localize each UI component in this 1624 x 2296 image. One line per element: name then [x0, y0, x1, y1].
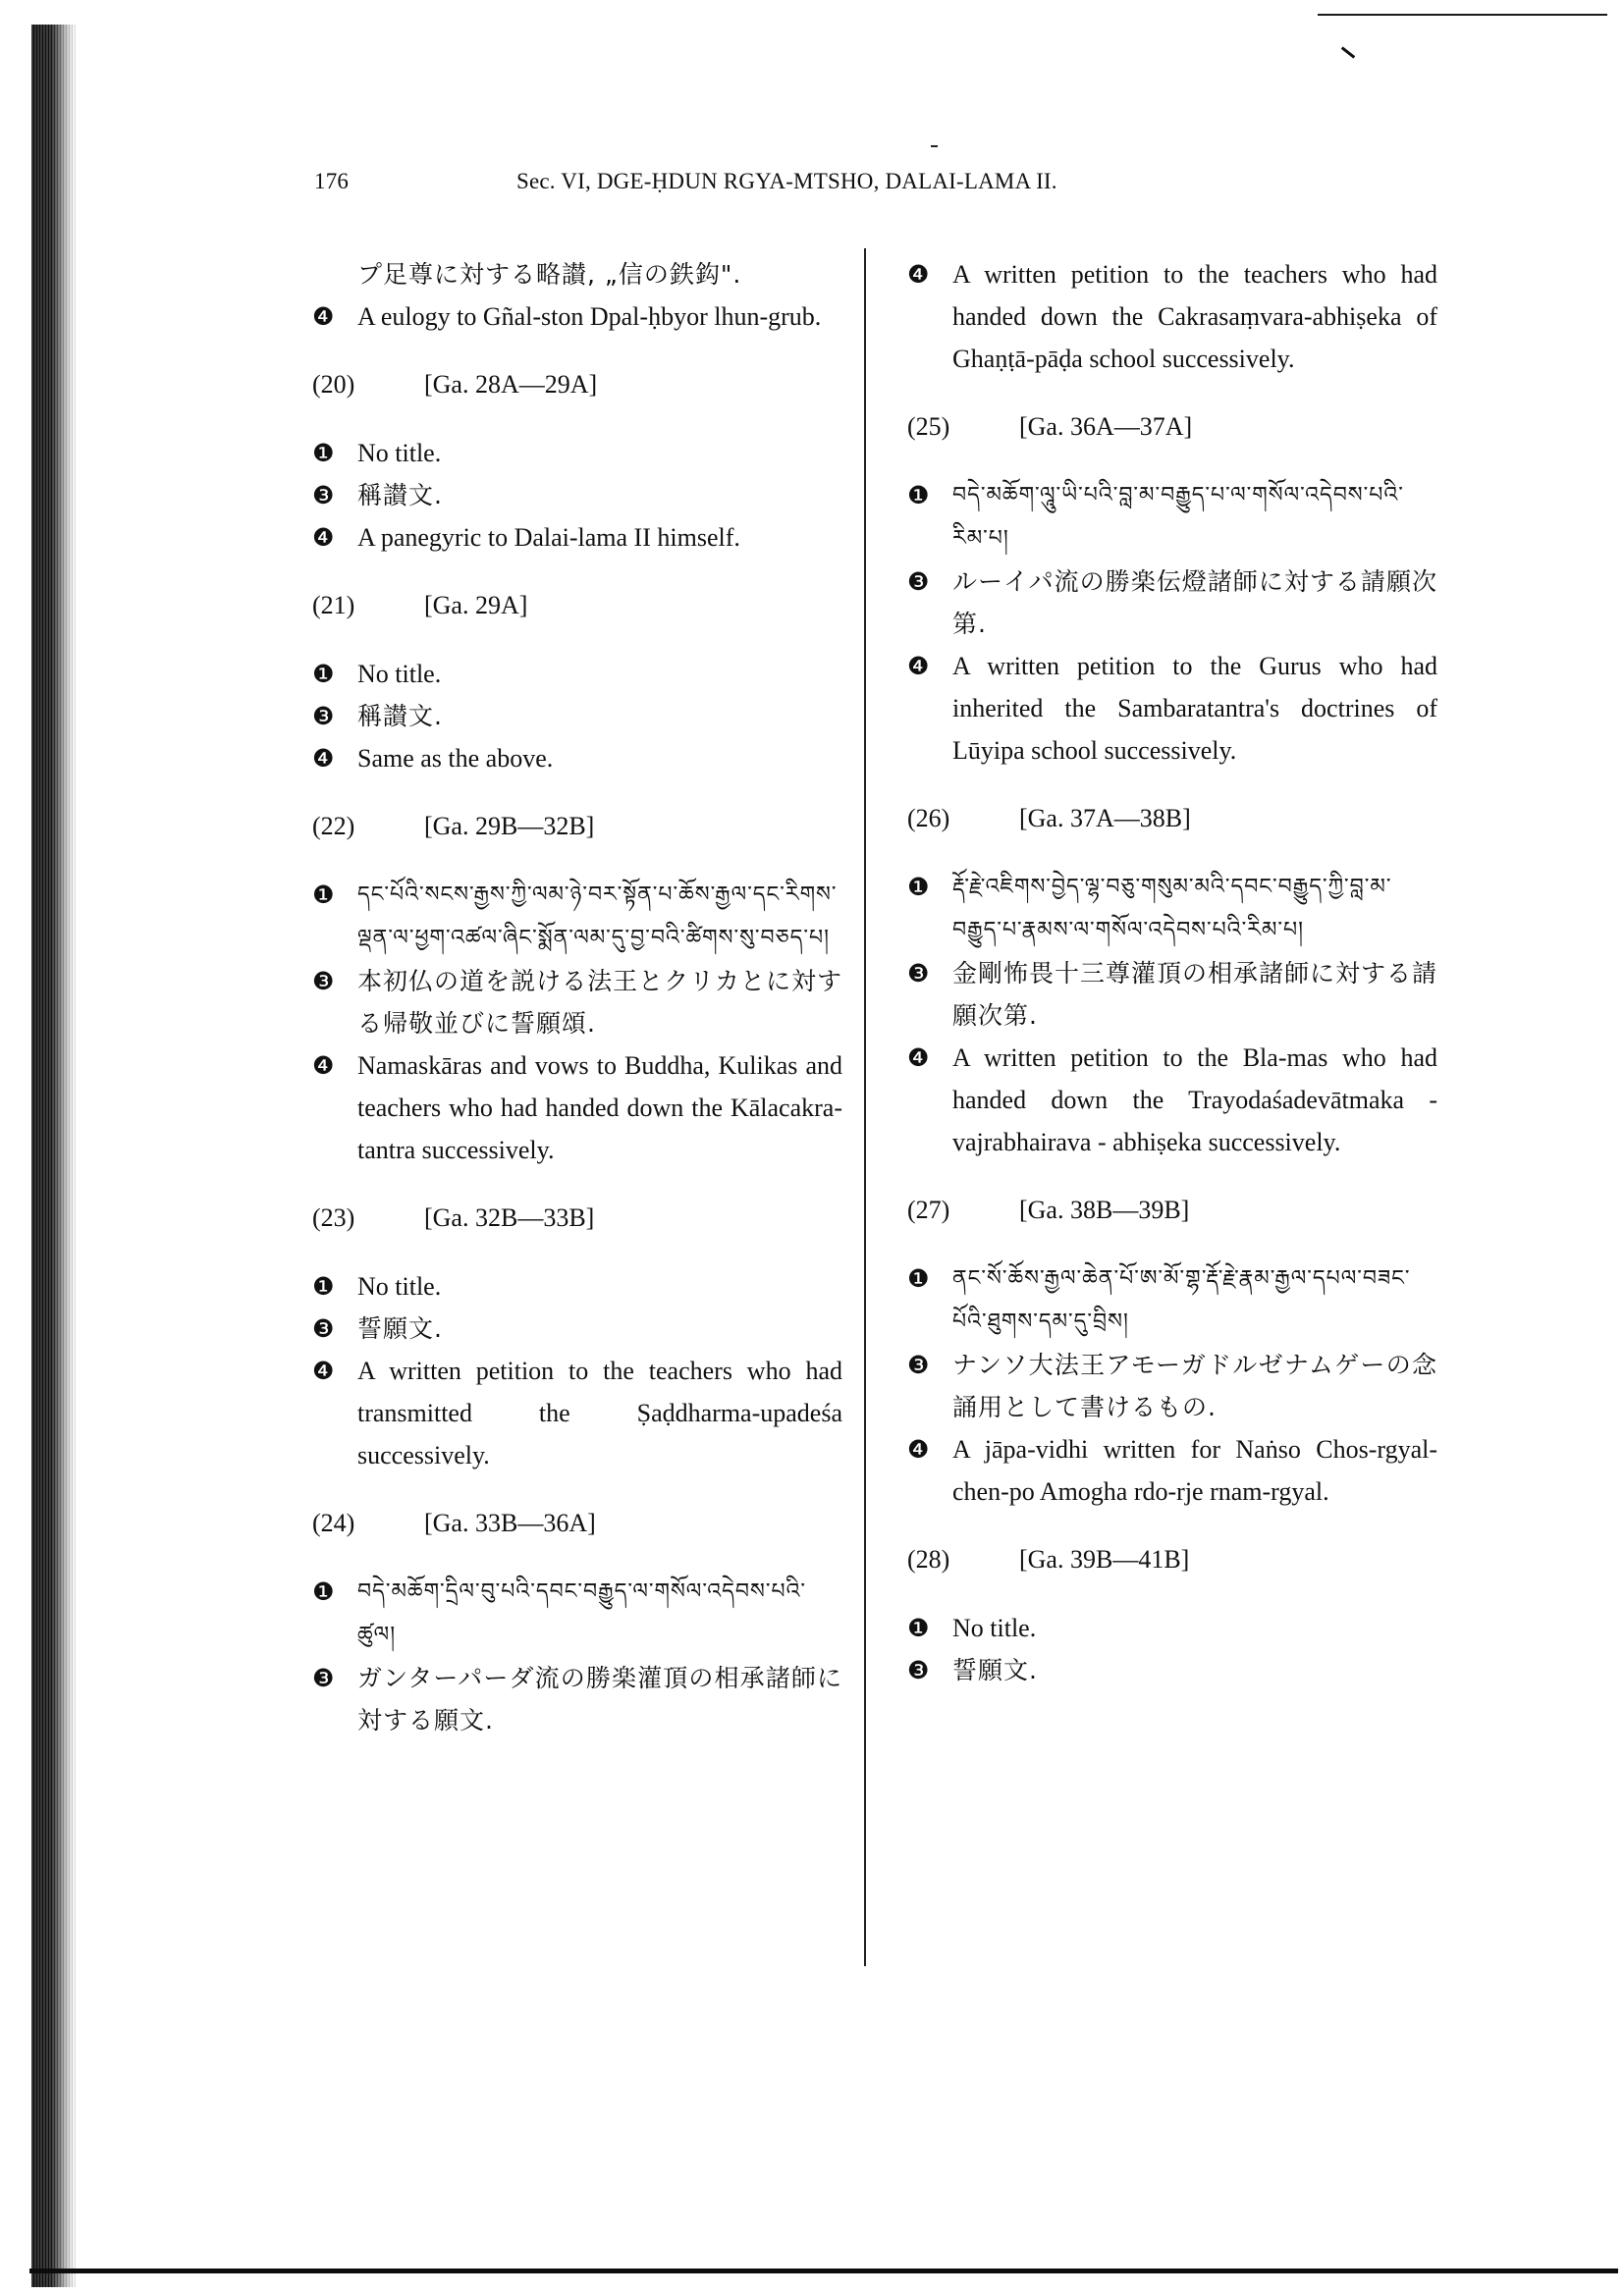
- circled-one-icon: ❶: [907, 474, 930, 516]
- circled-four-icon: ❹: [907, 1428, 929, 1470]
- circled-three-icon: ❸: [907, 1649, 930, 1691]
- circled-three-icon: ❸: [907, 561, 930, 603]
- entry-tibetan-title: ❶ རྡོ་རྗེ་འཇིགས་བྱེད་ལྷ་བཅུ་གསུམ་མའི་དབང…: [907, 866, 1437, 952]
- catalog-entry-28: (28)[Ga. 39B—41B] ❶ No title. ❸ 誓願文.: [907, 1542, 1437, 1691]
- circled-four-icon: ❹: [312, 1044, 334, 1087]
- entry-heading: (20)[Ga. 28A—29A]: [312, 367, 842, 402]
- catalog-entry-23: (23)[Ga. 32B—33B] ❶ No title. ❸ 誓願文. ❹ A…: [312, 1201, 842, 1476]
- entry-tibetan-title: ❶ བདེ་མཆོག་དྲིལ་བུ་པའི་དབང་བརྒྱུད་ལ་གསོལ…: [312, 1571, 842, 1657]
- continuation-english: ❹ A eulogy to Gñal-ston Dpal-ḥbyor lhun-…: [312, 295, 842, 338]
- circled-four-icon: ❹: [907, 645, 929, 687]
- continuation-japanese: プ足尊に対する略讃, „信の鉄鈎".: [312, 253, 842, 295]
- page-number: 176: [314, 169, 349, 194]
- circled-four-icon: ❹: [312, 737, 334, 779]
- circled-three-icon: ❸: [312, 695, 335, 737]
- circled-four-icon: ❹: [312, 516, 334, 559]
- circled-one-icon: ❶: [312, 874, 335, 916]
- circled-one-icon: ❶: [312, 432, 334, 474]
- entry-japanese: ❸ 本初仏の道を説ける法王とクリカとに対する帰敬並びに誓願頌.: [312, 960, 842, 1044]
- entry-number: (21): [312, 588, 424, 623]
- entry-heading: (27)[Ga. 38B—39B]: [907, 1193, 1437, 1228]
- entry-number: (22): [312, 809, 424, 844]
- entry-japanese: ❸ 稱讃文.: [312, 695, 842, 737]
- folio-reference: [Ga. 29A]: [424, 591, 527, 619]
- folio-reference: [Ga. 29B—32B]: [424, 812, 594, 840]
- entry-number: (26): [907, 801, 1019, 836]
- folio-reference: [Ga. 37A—38B]: [1019, 804, 1191, 832]
- page-top-edge-rule: [1318, 14, 1607, 16]
- entry-japanese: ❸ ルーイパ流の勝楽伝燈諸師に対する請願次第.: [907, 561, 1437, 645]
- entry-english: ❹ A panegyric to Dalai-lama II himself.: [312, 516, 842, 559]
- catalog-entry-25: (25)[Ga. 36A—37A] ❶ བདེ་མཆོག་ལཱུ་ཡི་པའི་…: [907, 409, 1437, 772]
- entry-heading: (24)[Ga. 33B—36A]: [312, 1506, 842, 1541]
- entry-english: ❹ A written petition to the teachers who…: [312, 1350, 842, 1476]
- circled-one-icon: ❶: [907, 866, 930, 908]
- entry-japanese: ❸ ガンターパーダ流の勝楽灌頂の相承諸師に対する願文.: [312, 1657, 842, 1741]
- circled-four-icon: ❹: [907, 253, 929, 295]
- entry-number: (23): [312, 1201, 424, 1236]
- entry-english: ❹ Same as the above.: [312, 737, 842, 779]
- circled-three-icon: ❸: [312, 1308, 335, 1350]
- folio-reference: [Ga. 38B—39B]: [1019, 1196, 1189, 1224]
- running-title: Sec. VI, DGE-ḤDUN RGYA-MTSHO, DALAI-LAMA…: [516, 169, 1057, 194]
- circled-one-icon: ❶: [312, 1571, 335, 1613]
- entry-title: ❶ No title.: [312, 432, 842, 474]
- entry-japanese: ❸ 誓願文.: [312, 1308, 842, 1350]
- entry-english: ❹ A jāpa-vidhi written for Naṅso Chos-rg…: [907, 1428, 1437, 1513]
- entry-japanese: ❸ 誓願文.: [907, 1649, 1437, 1691]
- book-binding-shadow: [31, 25, 76, 2287]
- folio-reference: [Ga. 32B—33B]: [424, 1203, 594, 1232]
- entry-tibetan-title: ❶ བདེ་མཆོག་ལཱུ་ཡི་པའི་བླ་མ་བརྒྱུད་པ་ལ་གས…: [907, 474, 1437, 561]
- entry-english: ❹ A written petition to the Bla-mas who …: [907, 1037, 1437, 1163]
- folio-reference: [Ga. 39B—41B]: [1019, 1545, 1189, 1574]
- entry-japanese: ❸ ナンソ大法王アモーガドルゼナムゲーの念誦用として書けるもの.: [907, 1344, 1437, 1428]
- column-divider: [864, 248, 866, 1966]
- circled-three-icon: ❸: [312, 960, 335, 1002]
- circled-three-icon: ❸: [312, 474, 335, 516]
- left-column: プ足尊に対する略讃, „信の鉄鈎". ❹ A eulogy to Gñal-st…: [312, 253, 842, 1741]
- circled-one-icon: ❶: [907, 1257, 930, 1300]
- entry-tibetan-title: ❶ ནང་སོ་ཆོས་རྒྱལ་ཆེན་པོ་ཨ་མོ་གྷ་རྡོ་རྗེ་…: [907, 1257, 1437, 1344]
- catalog-entry-21: (21)[Ga. 29A] ❶ No title. ❸ 稱讃文. ❹ Same …: [312, 588, 842, 779]
- entry-title: ❶ No title.: [312, 653, 842, 695]
- catalog-entry-22: (22)[Ga. 29B—32B] ❶ དང་པོའི་སངས་རྒྱས་ཀྱི…: [312, 809, 842, 1171]
- entry-number: (25): [907, 409, 1019, 445]
- entry-number: (20): [312, 367, 424, 402]
- page-bottom-edge: [29, 2269, 1618, 2273]
- entry-japanese: ❸ 稱讃文.: [312, 474, 842, 516]
- running-header: 176 Sec. VI, DGE-ḤDUN RGYA-MTSHO, DALAI-…: [314, 169, 1296, 198]
- catalog-entry-27: (27)[Ga. 38B—39B] ❶ ནང་སོ་ཆོས་རྒྱལ་ཆེན་པ…: [907, 1193, 1437, 1513]
- entry-number: (28): [907, 1542, 1019, 1577]
- catalog-entry-20: (20)[Ga. 28A—29A] ❶ No title. ❸ 稱讃文. ❹ A…: [312, 367, 842, 559]
- circled-one-icon: ❶: [312, 1265, 334, 1308]
- entry-title: ❶ No title.: [312, 1265, 842, 1308]
- circled-four-icon: ❹: [312, 295, 334, 338]
- entry-heading: (22)[Ga. 29B—32B]: [312, 809, 842, 844]
- continuation-english: ❹ A written petition to the teachers who…: [907, 253, 1437, 380]
- entry-heading: (26)[Ga. 37A—38B]: [907, 801, 1437, 836]
- catalog-entry-26: (26)[Ga. 37A—38B] ❶ རྡོ་རྗེ་འཇིགས་བྱེད་ལ…: [907, 801, 1437, 1163]
- entry-heading: (25)[Ga. 36A—37A]: [907, 409, 1437, 445]
- entry-japanese: ❸ 金剛怖畏十三尊灌頂の相承諸師に対する請願次第.: [907, 952, 1437, 1037]
- circled-one-icon: ❶: [907, 1607, 929, 1649]
- stray-dash: [931, 145, 938, 147]
- entry-heading: (23)[Ga. 32B—33B]: [312, 1201, 842, 1236]
- folio-reference: [Ga. 33B—36A]: [424, 1509, 596, 1537]
- circled-three-icon: ❸: [312, 1657, 335, 1699]
- folio-reference: [Ga. 36A—37A]: [1019, 412, 1192, 441]
- entry-heading: (21)[Ga. 29A]: [312, 588, 842, 623]
- folio-reference: [Ga. 28A—29A]: [424, 370, 597, 399]
- entry-title: ❶ No title.: [907, 1607, 1437, 1649]
- circled-three-icon: ❸: [907, 1344, 930, 1386]
- circled-three-icon: ❸: [907, 952, 930, 994]
- entry-number: (24): [312, 1506, 424, 1541]
- right-column: ❹ A written petition to the teachers who…: [907, 253, 1437, 1691]
- entry-english: ❹ A written petition to the Gurus who ha…: [907, 645, 1437, 772]
- entry-heading: (28)[Ga. 39B—41B]: [907, 1542, 1437, 1577]
- circled-four-icon: ❹: [907, 1037, 929, 1079]
- catalog-entry-24: (24)[Ga. 33B—36A] ❶ བདེ་མཆོག་དྲིལ་བུ་པའི…: [312, 1506, 842, 1741]
- stray-mark: [1341, 46, 1355, 58]
- entry-english: ❹ Namaskāras and vows to Buddha, Kulikas…: [312, 1044, 842, 1171]
- circled-one-icon: ❶: [312, 653, 334, 695]
- entry-tibetan-title: ❶ དང་པོའི་སངས་རྒྱས་ཀྱི་ལམ་ཉེ་བར་སྟོན་པ་ཆ…: [312, 874, 842, 960]
- circled-four-icon: ❹: [312, 1350, 334, 1392]
- entry-number: (27): [907, 1193, 1019, 1228]
